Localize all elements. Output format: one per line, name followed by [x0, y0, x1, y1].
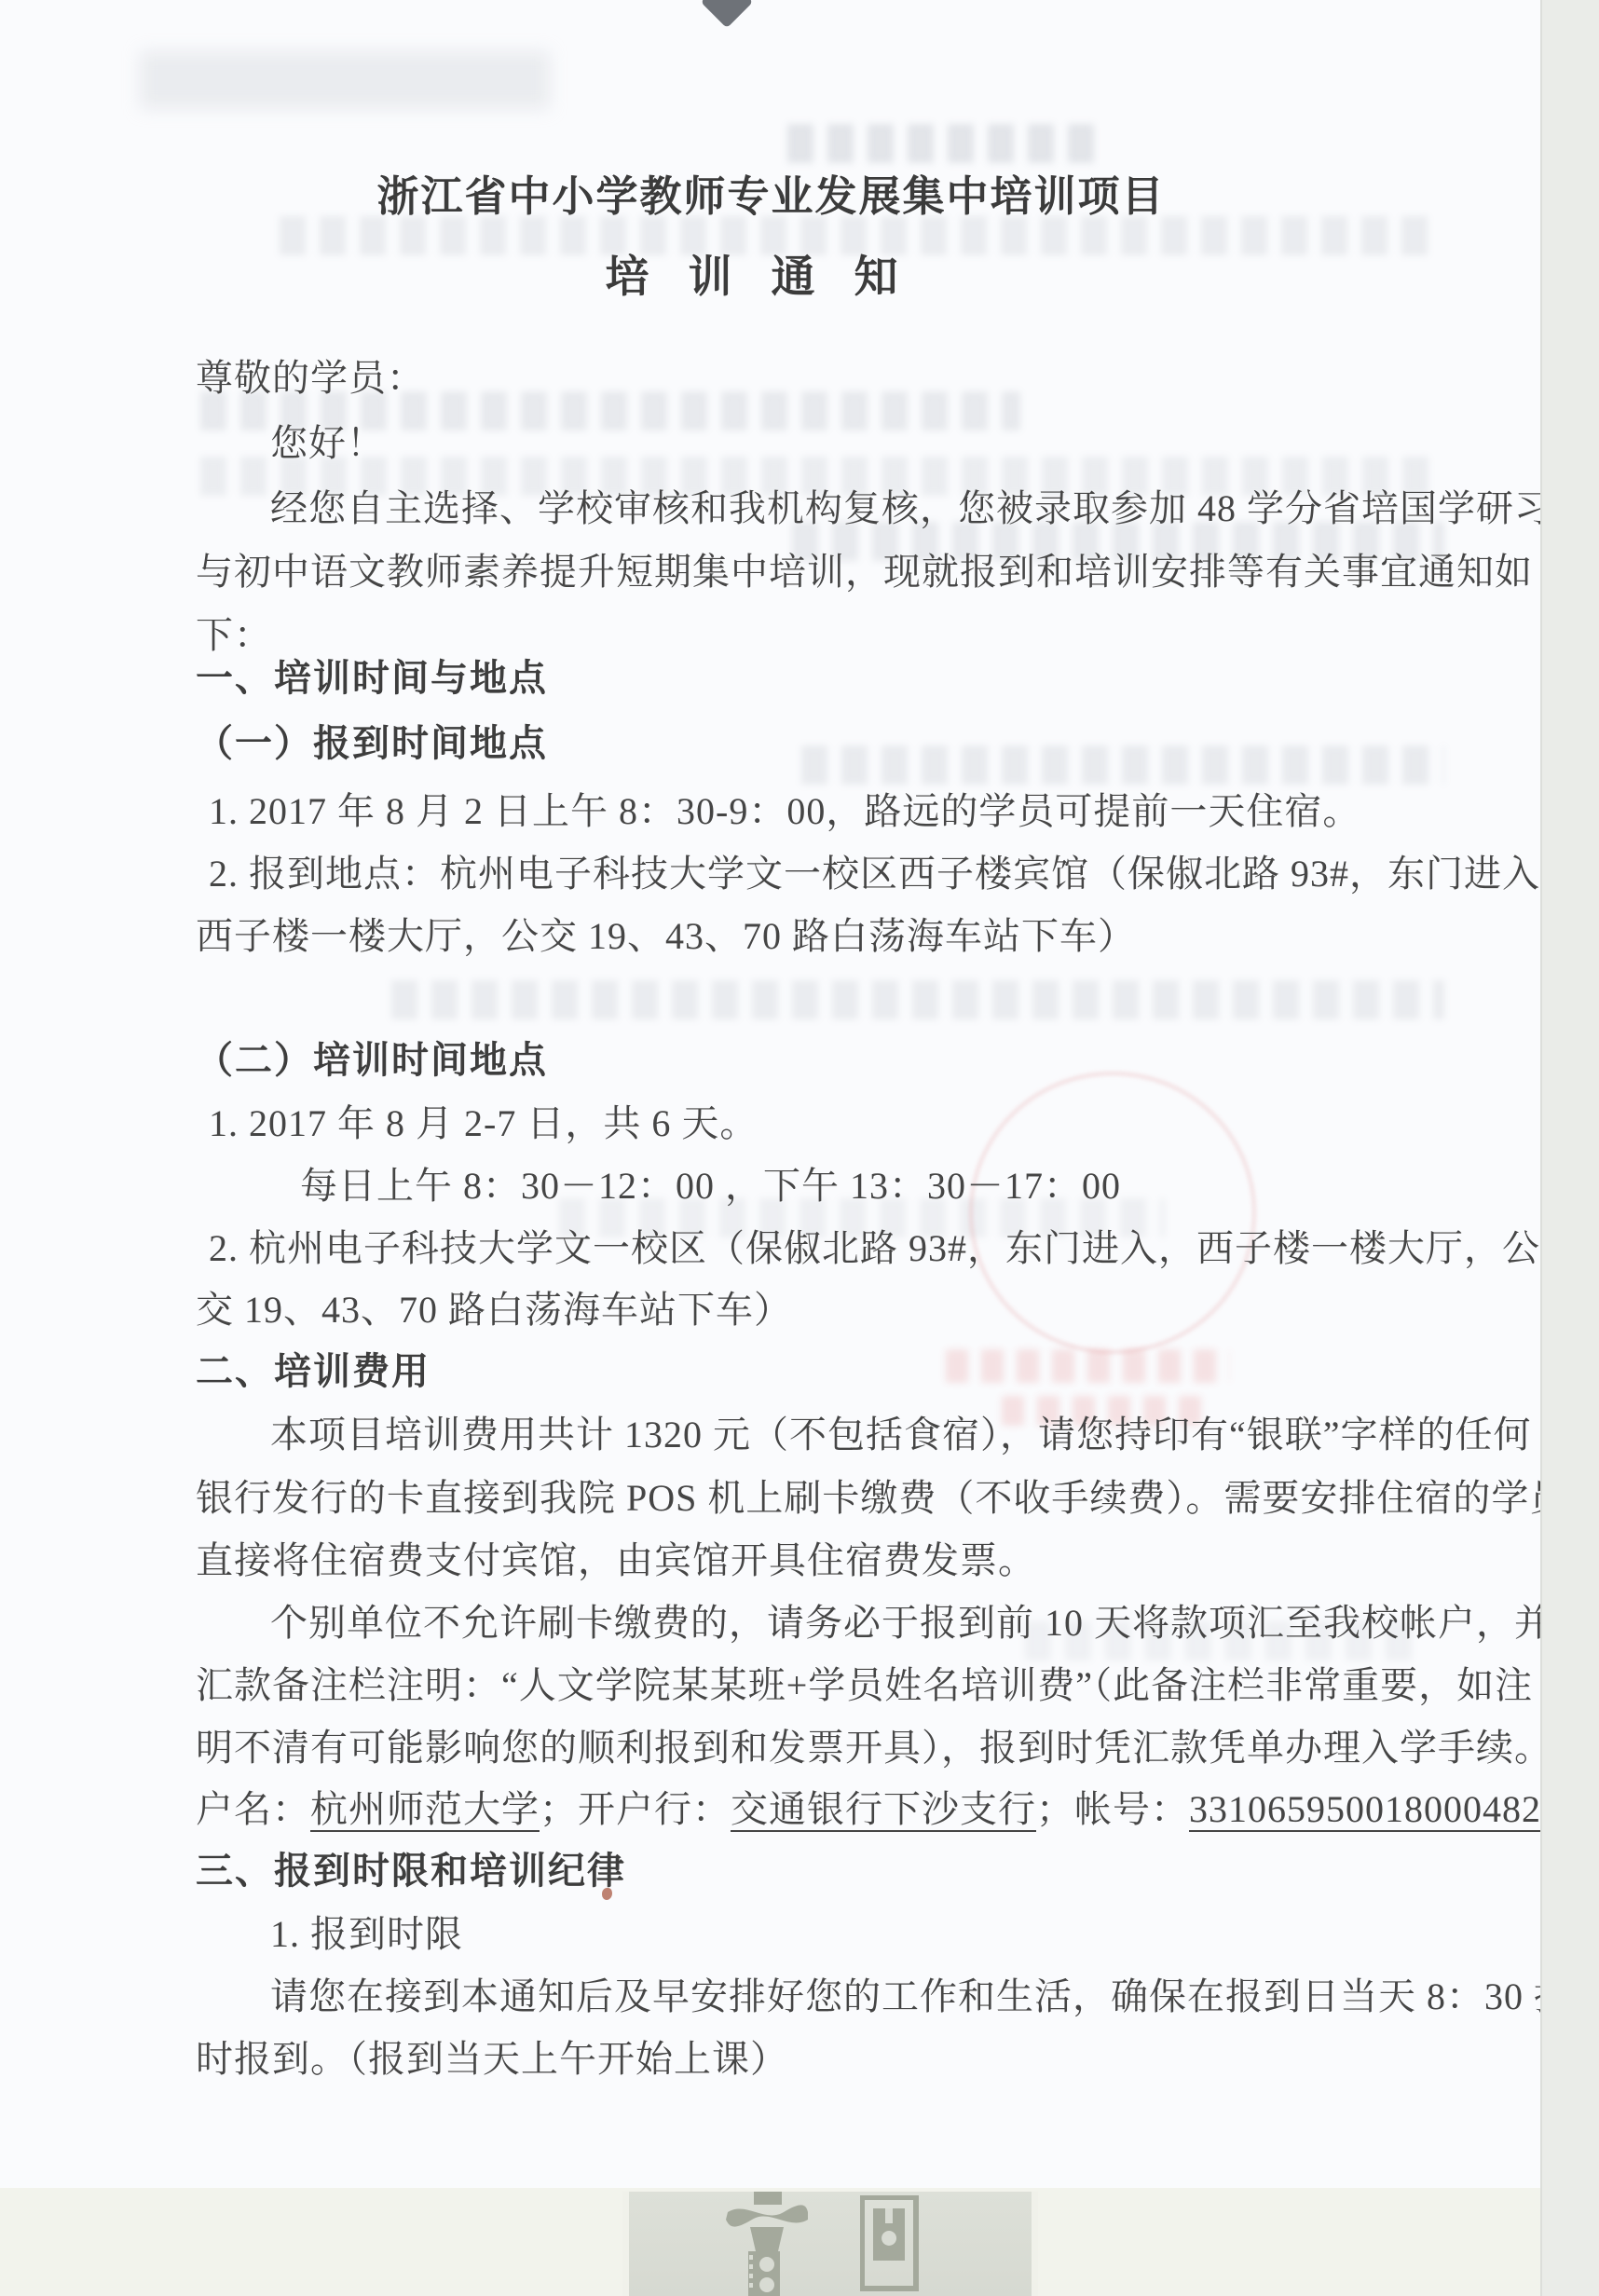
body-line: 个别单位不允许刷卡缴费的，请务必于报到前 10 天将款项汇至我校帐户，并在 — [270, 1597, 1591, 1649]
clip-mark — [701, 0, 754, 28]
body-line: 直接将住宿费支付宾馆，由宾馆开具住宿费发票。 — [196, 1535, 1036, 1587]
list-item: 1. 2017 年 8 月 2-7 日，共 6 天。 — [209, 1098, 758, 1150]
intro-line: 与初中语文教师素养提升短期集中培训，现就报到和培训安排等有关事宜通知如 — [196, 546, 1533, 598]
list-item: 2. 报到地点：杭州电子科技大学文一校区西子楼宾馆（保俶北路 93#，东门进入， — [209, 848, 1578, 900]
section2-heading: 二、培训费用 — [196, 1346, 430, 1398]
account-number-label: ；帐号： — [1036, 1788, 1189, 1830]
intro-line: 经您自主选择、学校审核和我机构复核，您被录取参加 48 学分省培国学研习 — [270, 483, 1552, 535]
section3-sub-heading: 1. 报到时限 — [270, 1908, 463, 1961]
list-item-continuation: 西子楼一楼大厅，公交 19、43、70 路白荡海车站下车） — [196, 910, 1136, 963]
section1-sub1-heading: （一）报到时间地点 — [196, 717, 548, 770]
bleedthrough-text-ghost — [787, 124, 1095, 163]
photo-slide-icon — [860, 2195, 922, 2296]
bleedthrough-text-ghost — [391, 980, 1444, 1019]
list-item: 2. 杭州电子科技大学文一校区（保俶北路 93#，东门进入，西子楼一楼大厅，公 — [209, 1223, 1540, 1275]
list-item-continuation: 交 19、43、70 路白荡海车站下车） — [196, 1284, 792, 1336]
section1-sub2-heading: （二）培训时间地点 — [196, 1034, 548, 1086]
section1-heading: 一、培训时间与地点 — [196, 652, 548, 704]
account-bank-value: 交通银行下沙支行 — [731, 1788, 1036, 1830]
list-item: 每日上午 8：30－12：00 ，下午 13：30－17：00 — [300, 1160, 1121, 1212]
bleedthrough-text-ghost — [801, 745, 1444, 785]
account-line: 户名：杭州师范大学；开户行：交通银行下沙支行；帐号：33106595001800… — [196, 1783, 1599, 1836]
section3-heading: 三、报到时限和培训纪律 — [196, 1845, 626, 1897]
salutation: 尊敬的学员： — [196, 352, 425, 404]
film-strip-icon — [722, 2192, 812, 2296]
account-name-label: 户名： — [196, 1788, 310, 1830]
scanner-panel — [622, 2192, 1038, 2296]
list-item: 1. 2017 年 8 月 2 日上午 8：30-9：00，路远的学员可提前一天… — [209, 786, 1360, 838]
scanned-document-page: 浙江省中小学教师专业发展集中培训项目 培训通知 尊敬的学员： 您好！ 经您自主选… — [0, 0, 1599, 2296]
body-line: 明不清有可能影响您的顺利报到和发票开具），报到时凭汇款凭单办理入学手续。 — [196, 1722, 1552, 1774]
account-name-value: 杭州师范大学 — [310, 1788, 540, 1830]
body-line: 本项目培训费用共计 1320 元（不包括食宿），请您持印有“银联”字样的任何 — [270, 1409, 1532, 1461]
page-subtitle: 培训通知 — [0, 252, 1542, 304]
body-line: 银行发行的卡直接到我院 POS 机上刷卡缴费（不收手续费）。需要安排住宿的学员 — [196, 1472, 1567, 1524]
seal-text-ghost — [946, 1349, 1230, 1383]
greeting: 您好！ — [270, 417, 385, 470]
page-title: 浙江省中小学教师专业发展集中培训项目 — [0, 171, 1542, 223]
body-line: 时报到。（报到当天上午开始上课） — [196, 2033, 788, 2085]
seal-stamp-ghost — [969, 1072, 1256, 1354]
scan-edge — [1540, 0, 1599, 2296]
body-line: 汇款备注栏注明：“人文学院某某班+学员姓名培训费”（此备注栏非常重要，如注 — [196, 1660, 1533, 1712]
account-bank-label: ；开户行： — [540, 1788, 731, 1830]
account-number-value: 331065950018000482533 — [1189, 1788, 1599, 1830]
scan-shadow — [140, 51, 550, 109]
body-line: 请您在接到本通知后及早安排好您的工作和生活，确保在报到日当天 8：30 按 — [270, 1971, 1572, 2023]
